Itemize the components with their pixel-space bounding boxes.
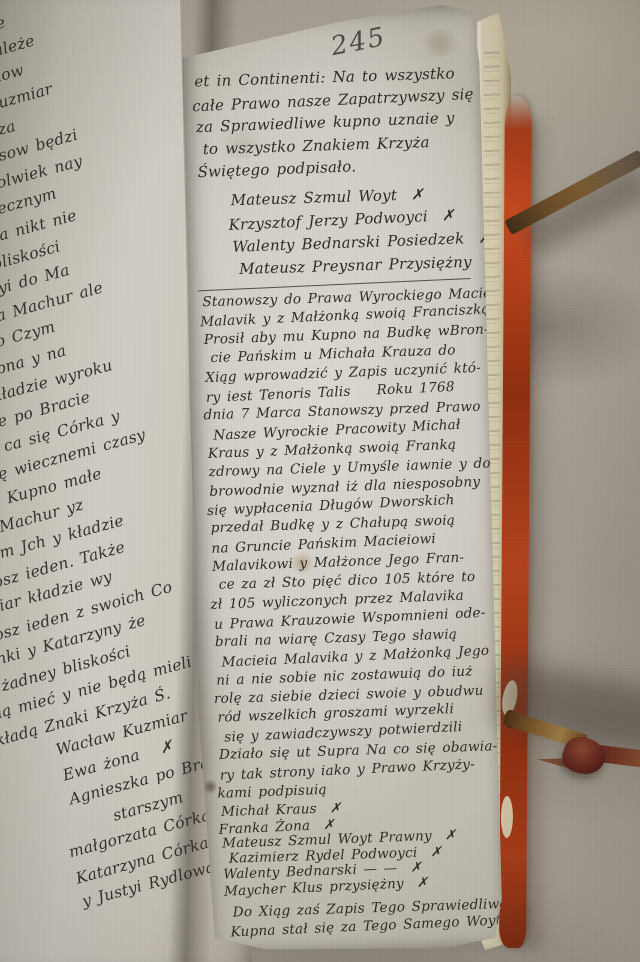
- paper-stain: [204, 778, 216, 796]
- cover-worn-patch: [501, 796, 513, 838]
- right-page: 245 et in Continenti: Na to wszystkocałe…: [179, 2, 505, 956]
- witness-signature-list: Mateusz Szmul Woyt ✗Krzysztof Jerzy Podw…: [230, 181, 474, 282]
- intro-paragraph: et in Continenti: Na to wszystkocałe Pra…: [194, 61, 471, 183]
- record-paragraph: Stanowszy do Prawa Wyrockiego MaciekMala…: [202, 284, 494, 804]
- page-number: 245: [328, 17, 413, 66]
- closing-paragraph: Do Xiąg zaś Zapis Tego SprawiedliwegoKup…: [232, 894, 498, 941]
- right-page-content: 245 et in Continenti: Na to wszystkocałe…: [192, 21, 498, 941]
- record-signature-list: Michał Kraus ✗Franka Żona ✗Mateusz Szmul…: [221, 796, 497, 900]
- manuscript-photo: to kupno tym dwum Braciomwspoł służyć ma…: [0, 0, 640, 962]
